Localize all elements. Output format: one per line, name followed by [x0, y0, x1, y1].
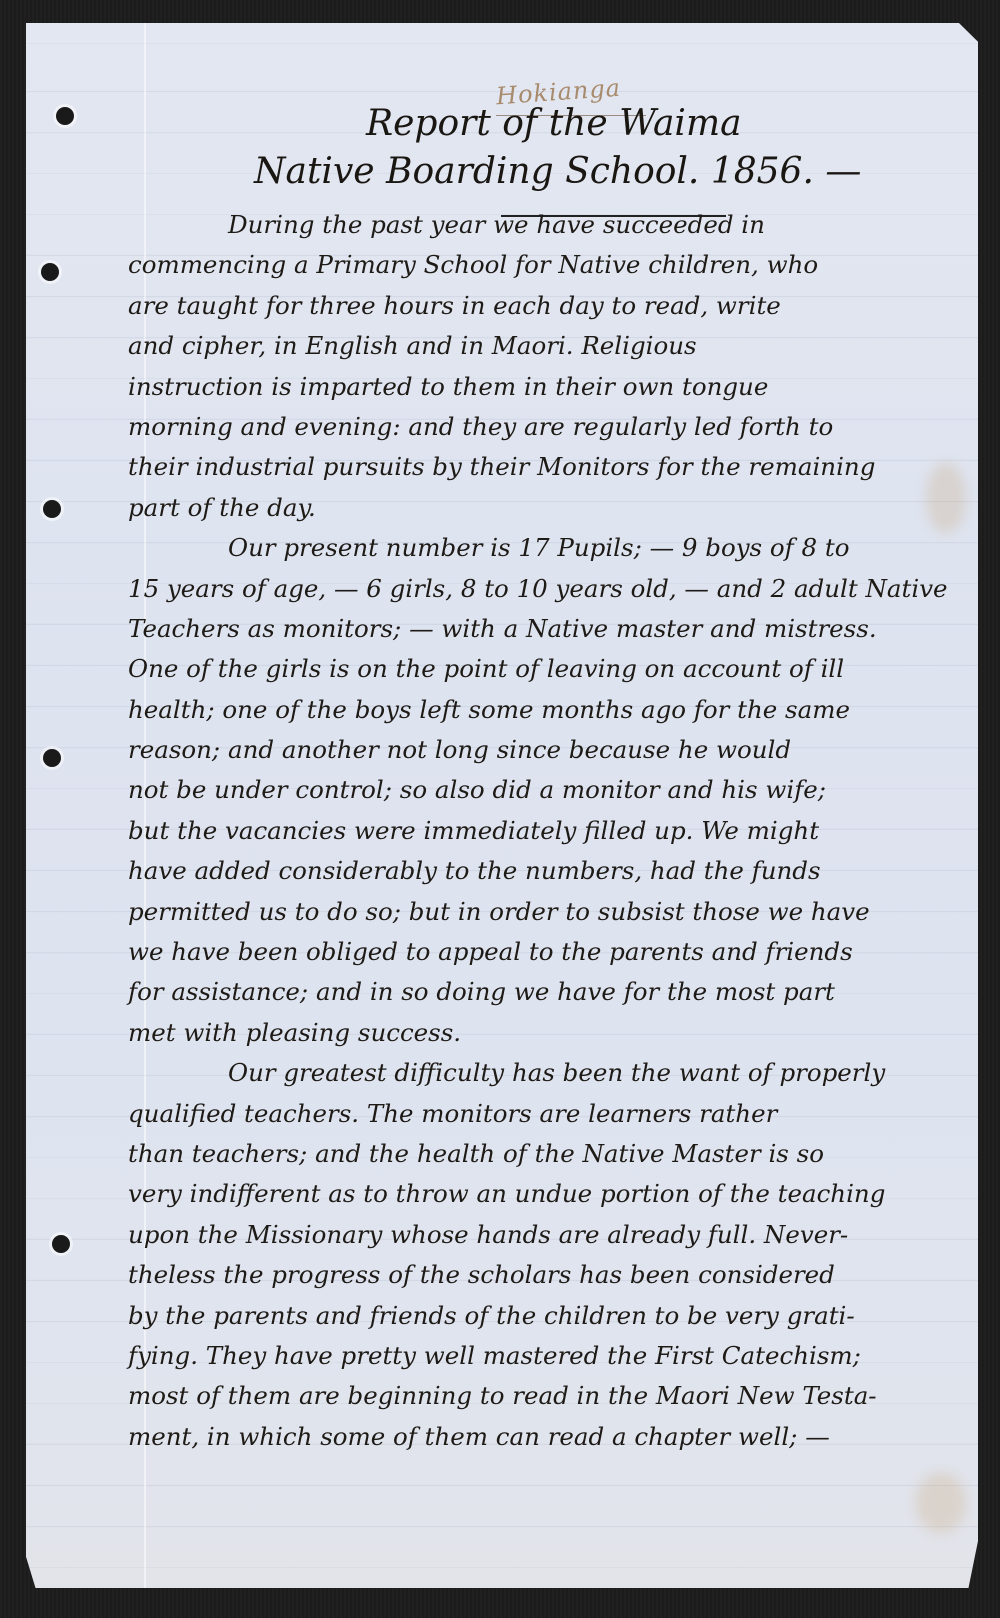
title-line-2: Native Boarding School. 1856. — [26, 151, 1000, 192]
text-line: One of the girls is on the point of leav… [128, 649, 938, 689]
title-line-1: Report of the Waima [26, 103, 1000, 144]
text-line: and cipher, in English and in Maori. Rel… [128, 326, 938, 366]
paper-stain [916, 1473, 966, 1533]
text-line: morning and evening: and they are regula… [128, 407, 938, 447]
text-line: During the past year we have succeeded i… [128, 205, 938, 245]
punch-hole [52, 1235, 70, 1253]
text-line: most of them are beginning to read in th… [128, 1376, 938, 1416]
punch-hole [43, 500, 61, 518]
text-line: permitted us to do so; but in order to s… [128, 892, 938, 932]
text-line: 15 years of age, — 6 girls, 8 to 10 year… [128, 569, 938, 609]
text-line: we have been obliged to appeal to the pa… [128, 932, 938, 972]
text-line: met with pleasing success. [128, 1013, 938, 1053]
text-line: not be under control; so also did a moni… [128, 770, 938, 810]
text-line: by the parents and friends of the childr… [128, 1296, 938, 1336]
text-line: than teachers; and the health of the Nat… [128, 1134, 938, 1174]
punch-hole [41, 263, 59, 281]
text-line: Our greatest difficulty has been the wan… [128, 1053, 938, 1093]
punch-hole [43, 749, 61, 767]
text-line: reason; and another not long since becau… [128, 730, 938, 770]
report-body: During the past year we have succeeded i… [128, 205, 938, 1457]
text-line: qualified teachers. The monitors are lea… [128, 1094, 938, 1134]
text-line: upon the Missionary whose hands are alre… [128, 1215, 938, 1255]
text-line: for assistance; and in so doing we have … [128, 972, 938, 1012]
text-line: fying. They have pretty well mastered th… [128, 1336, 938, 1376]
text-line: very indifferent as to throw an undue po… [128, 1174, 938, 1214]
text-line: have added considerably to the numbers, … [128, 851, 938, 891]
text-line: instruction is imparted to them in their… [128, 367, 938, 407]
text-line: theless the progress of the scholars has… [128, 1255, 938, 1295]
text-line: but the vacancies were immediately fille… [128, 811, 938, 851]
text-line: commencing a Primary School for Native c… [128, 245, 938, 285]
text-line: are taught for three hours in each day t… [128, 286, 938, 326]
text-line: part of the day. [128, 488, 938, 528]
text-line: Teachers as monitors; — with a Native ma… [128, 609, 938, 649]
text-line: health; one of the boys left some months… [128, 690, 938, 730]
text-line: their industrial pursuits by their Monit… [128, 447, 938, 487]
text-line: Our present number is 17 Pupils; — 9 boy… [128, 528, 938, 568]
text-line: ment, in which some of them can read a c… [128, 1417, 938, 1457]
